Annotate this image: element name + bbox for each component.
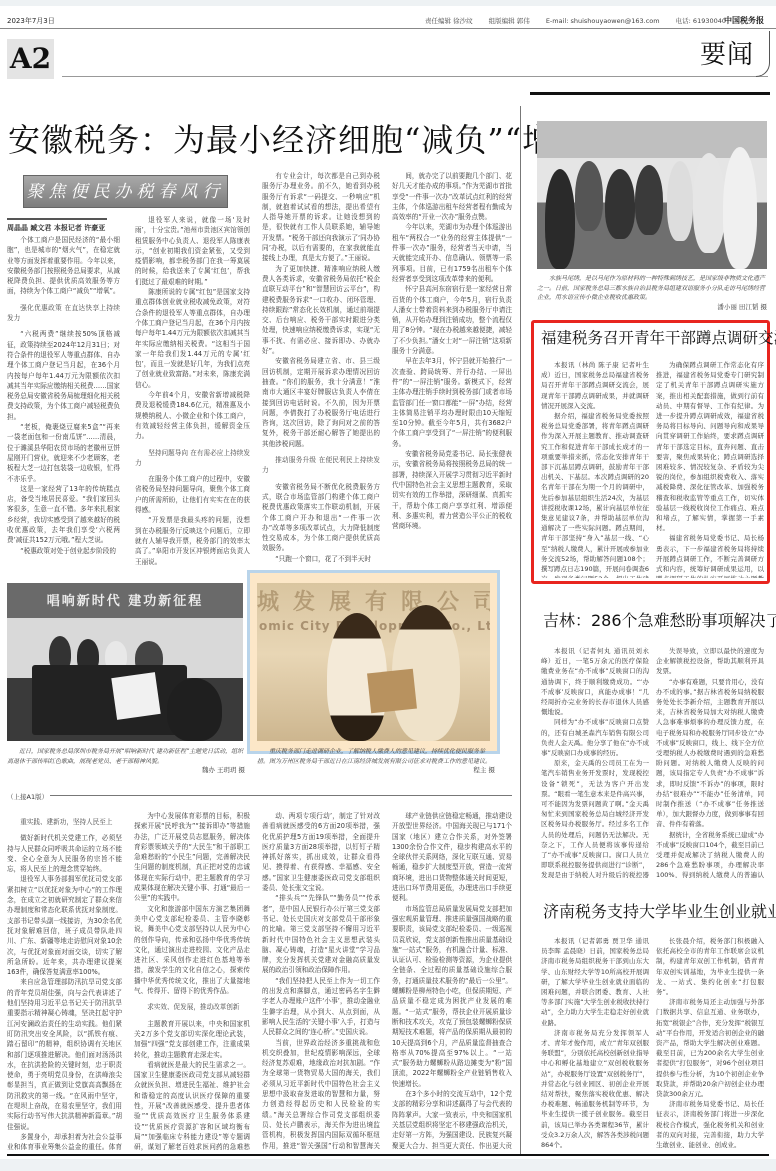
- paragraph: 长张晨介绍，税务部门积极融入依托高校全市的青年工作联席会议机制，构建青年双创工作…: [656, 936, 764, 997]
- officer-figure: [723, 147, 757, 269]
- paragraph: 早在去年3月，怀宁县就开始推行“一次查验、跨局统筹、并行办结、一屏出件”的“一屏…: [392, 356, 512, 449]
- tax-officers-photo[interactable]: 城发展有限公司 omic City Development Co., Ltd: [257, 583, 490, 741]
- subheading: 重实践、建新功，坚持人民至上: [7, 817, 122, 827]
- officer-figure: [693, 153, 725, 253]
- jilin-headline[interactable]: 吉林：286个急难愁盼事项解决了: [543, 608, 776, 631]
- figure: [575, 161, 603, 231]
- piano: [32, 665, 187, 735]
- paragraph: 球产业链供应链稳定畅通，推动建设开放型世界经济。中国海关现已与171个国家（地区…: [392, 811, 512, 904]
- paragraph: 为确保蹲点调研工作常态化有序推进，福建省税务局党委专门研究制定了机关青年干部蹲点…: [656, 360, 764, 533]
- paragraph: 安徽省税务局党委书记、局长张健表示，安徽省税务局将按照税务总局的统一部署，持续深…: [392, 449, 512, 531]
- continued-column-3: 动、两项专项行动’，制定了针对改善看病就医感受的6方面20项举措，强化优质护理5…: [262, 811, 380, 1151]
- jinan-column-2: 长张晨介绍，税务部门积极融入依托高校全市的青年工作联席会议机制，构建青年双创工作…: [656, 936, 764, 1148]
- paragraph: 济南市税务局党委书记、局长任征表示，济南税务部门将进一步深化税校合作模式，强化税…: [656, 1099, 764, 1148]
- figure: [605, 169, 635, 239]
- paragraph: 本报讯（记者郭勇 贾卫华 通讯员李晖 孟晨晓）日前，国家税务总局济南市税务局组织…: [541, 936, 649, 1028]
- section-curve-ornament: [756, 31, 770, 77]
- paragraph: “办事有难题，只要肯用心，没有办不成的事。”据吉林省税务局纳税服务处处长李新介绍…: [656, 677, 764, 830]
- page-bottom-rule: [7, 1154, 769, 1156]
- continued-column-4: 球产业链供应链稳定畅通，推动建设开放型世界经济。中国海关现已与171个国家（地区…: [392, 811, 512, 1151]
- paragraph: 陈康所说的专属“红包”是国家支持重点群体创业就业税收减免政策，对符合条件的退役军…: [135, 287, 250, 390]
- brochure: [367, 669, 417, 714]
- embroidery-caption-text: 水族马尾绣，是以马尾作为原材料的一种特殊刺绣技艺，是国家级非物质文化遗产之一。日…: [537, 274, 767, 303]
- paragraph: 今年前4个月，安徽省新增减税降费及退税缓费184.6亿元，精准惠及小规模纳税人、…: [135, 390, 250, 441]
- masthead-info: 责任编辑 徐沙纹 组版编辑 郭伟 E-mail: shuishouyaowen@…: [425, 16, 740, 25]
- fujian-column-2: 为确保蹲点调研工作常态化有序推进，福建省税务局党委专门研究制定了机关青年干部蹲点…: [656, 360, 764, 578]
- continued-rule: [50, 795, 512, 796]
- paragraph: 福建省税务局党委书记、局长杨勇表示，下一步福建省税务局将持续开展蹲点调研工作，不…: [656, 533, 764, 578]
- paragraph: 退役军人事务部拥军优抚司党支部紧扣树立“以优抚对象为中心”的工作理念，在成立之初…: [7, 874, 122, 977]
- paragraph: 多置身小，却承担着为社会公益事业和体育事业筹集公益金的重任。体育总局体育彩票管理…: [7, 1132, 122, 1151]
- lead-column-2: 退役军人来说，就像一场‘及时雨’，十分宝贵。”池州市贵池区宾馆领创租赁服务中心负…: [135, 215, 250, 565]
- lead-column-1: 个体工商户是国民经济的“最小细胞”，也是城市的“烟火气”，在稳定就业等方面发挥着…: [7, 235, 120, 565]
- continued-column-1: 重实践、建新功，坚持人民至上做好新时代机关党建工作，必须坚持与人民群众同呼吸共命…: [7, 811, 122, 1151]
- embroidery-caption: 水族马尾绣，是以马尾作为原材料的一种特殊刺绣技艺，是国家级非物质文化遗产之一。日…: [537, 274, 767, 312]
- paragraph: 同样为“办不成事”反映窗口点赞的，还有白城圣森汽车销售有限公司负责人金天禹。他分…: [541, 717, 649, 758]
- subheading: 坚持问题导向 在有需必应上持续发力: [135, 448, 250, 469]
- jinan-headline[interactable]: 济南税务支持大学毕业生创业就业: [543, 899, 776, 922]
- paragraph: 做好新时代机关党建工作，必须坚持与人民群众同呼吸共命运的立场不能变、全心全意为人…: [7, 833, 122, 874]
- paragraph: “排头兵”“先锋队”“勤务员”“传承者”，是中国人民银行办公厅第三党支部书记、处…: [262, 893, 380, 975]
- newspaper-page: 2023年7月3日 责任编辑 徐沙纹 组版编辑 郭伟 E-mail: shuis…: [0, 6, 776, 1159]
- paragraph: 原来，金天禹的公司员工在为一笔汽车销售业务开发票时，发现税控设备“锁死”，无法为…: [541, 758, 649, 878]
- tax-caption-text: 重庆税务部门走进调研企业，了解纳税人缴费人的意见建议，持续优化便民服务举措。图为…: [257, 747, 495, 766]
- paragraph: “我们坚持把人民至上作为一切工作的出发点和落脚点，通过密码名字生僻字老人办理账户…: [262, 976, 380, 1038]
- paragraph: 在服务个体工商户的过程中，安徽省税务局坚持问题导向，聚焦个体工商户的所需所盼，让…: [135, 474, 250, 515]
- section-title: 要闻: [700, 34, 754, 71]
- paragraph: 来自应急管理部防汛抗旱司党支部的青年党员胡佳强，向与会代表讲述了他们坚持用习近平…: [7, 977, 122, 1131]
- tax-photo-caption: 重庆税务部门走进调研企业，了解纳税人缴费人的意见建议，持续优化便民服务举措。图为…: [257, 747, 495, 776]
- sidebar-top-rule: [530, 92, 770, 95]
- paragraph: 据统计，全省税务系统已建成“办不成事”反映窗口104个，截至目前已受理并促成解决…: [656, 830, 764, 878]
- paragraph: 为了更加快捷、精准响应纳税人缴费人各类诉求，安徽省税务局依托“税企直联互动平台”…: [262, 264, 380, 357]
- lead-column-4: 间，就办完了以前要跑几个部门、花好几天才能办成的事项。”作为芜湖市首批享受“一件…: [392, 171, 512, 565]
- paragraph: 退役军人来说，就像一场‘及时雨’，十分宝贵。”池州市贵池区宾馆领创租赁服务中心负…: [135, 215, 250, 287]
- paragraph: 为中心发展体育彩票的目标，积极探索开展“民呼我为”“接诉即办”等措施办法，广泛开…: [134, 811, 250, 904]
- paragraph: 主题教育开展以来，中央和国家机关2万多个党支部切实深化理论武装，加强“四强”党支…: [134, 1019, 250, 1060]
- jilin-column-1: 本报讯（记者何丸 通讯员刘永峰）近日，一笔5万余元的医疗保险缴费业务在“办不成事…: [541, 646, 649, 878]
- email: E-mail: shuishouyaowen@163.com: [546, 17, 660, 25]
- jilin-column-2: 失误导致，立即以最快的速度为企业解锁税控设备，帮助其顺利开具发票。“办事有难题，…: [656, 646, 764, 878]
- tax-credit: 程主 摄: [257, 766, 495, 776]
- paragraph: “老板，俺裹烧豆腐来5盒”“再来一袋老面包和一份南瓜饼”……清晨，位于濉溪县华阳…: [7, 422, 120, 484]
- choir-credit: 魏办 王玥玥 摄: [7, 766, 245, 776]
- paragraph: 据介绍，福建省税务局党委按照税务总局党委部署，将青年蹲点调研作为深入开展主题教育…: [541, 411, 649, 578]
- paragraph: 失误导致，立即以最快的速度为企业解锁税控设备，帮助其顺利开具发票。: [656, 646, 764, 677]
- pianist-figure: [167, 678, 222, 741]
- lead-headline[interactable]: 安徽税务：为最小经济细胞“减负”“增氧”: [8, 115, 605, 161]
- choir-photo[interactable]: 唱响新时代 建功新征程: [7, 583, 243, 741]
- choir-caption-text: 近日，国家税务总局深圳市税务局开展“唱响新时代 建功新征程”主题党日活动，组织离…: [7, 747, 245, 766]
- paragraph: 安徽省税务局建立省、市、县三级回访机制，定期开展诉求办理情况回访抽查。“你们的服…: [262, 356, 380, 449]
- paragraph: 这是一家经营了13年的传统糕点店，备受当地居民喜爱。“我们家回头客很多，生意一直…: [7, 484, 120, 546]
- choir-slogan: 唱响新时代 建功新征程: [7, 590, 243, 609]
- figure: [545, 169, 575, 269]
- fujian-headline[interactable]: 福建税务召开青年干部蹲点调研交流会: [541, 326, 776, 348]
- embroidery-photo[interactable]: [537, 121, 767, 269]
- paragraph: 济南市税务局充分发挥领军人才、青年才俊作用，成立“青年双创服务联盟”，分别依托高…: [541, 1028, 649, 1148]
- issue-date: 2023年7月3日: [7, 16, 55, 26]
- paragraph: 看病就医是最大的民生需求之一。国家卫生健康委医政司党支部从减轻群众就医负担、增进…: [134, 1060, 250, 1151]
- embroidery-credit: 潘小丽 田江韬 摄: [537, 303, 767, 313]
- lead-column-3: 有专业会计，每次都是自己到办税服务厅办理业务。前不久，她看到办税服务厅有诉求“一…: [262, 171, 380, 565]
- phone: 电话: 61930040: [676, 17, 726, 25]
- fujian-column-1: 本报讯（林尚 陈子康 记者叶生成）近日，国家税务总局福建省税务局召开青年干部蹲点…: [541, 360, 649, 578]
- paragraph: 本报讯（记者何丸 通讯员刘永峰）近日，一笔5万余元的医疗保险缴费业务在“办不成事…: [541, 646, 649, 717]
- column-divider: [520, 106, 521, 1156]
- paragraph: 有专业会计，每次都是自己到办税服务厅办理业务。前不久，她看到办税服务厅有诉求“一…: [262, 171, 380, 264]
- continued-column-2: 为中心发展体育彩票的目标，积极探索开展“民呼我为”“接诉即办”等措施办法，广泛开…: [134, 811, 250, 1151]
- header-rule: [62, 76, 768, 77]
- paragraph: 济南市税务局还主动加强与外部门数据共享、信息互通、业务联办，拓宽“税银企”合作，…: [656, 997, 764, 1099]
- subheading: 强化优惠政策 在直达快享上持续发力: [7, 303, 120, 324]
- officer-figure: [667, 161, 693, 241]
- subheading: 推动服务升级 在便民利民上持续发力: [262, 455, 380, 476]
- paragraph: 本报讯（林尚 陈子康 记者叶生成）近日，国家税务总局福建省税务局召开青年干部蹲点…: [541, 360, 649, 411]
- paragraph: “税惠政策对处于创业起步阶段的: [7, 546, 120, 556]
- masthead-rule: [0, 28, 776, 29]
- company-sign: 城发展有限公司: [257, 585, 490, 616]
- campaign-banner: 聚焦便民办税春风行动: [23, 175, 228, 208]
- paragraph: 市场监管总局质量发展局党支部把加强宏观质量管理、推进质量强国战略的重要职责，该局…: [392, 904, 512, 1089]
- subheading: 求实效、促发展，推动改革创新: [134, 1002, 250, 1012]
- editor: 责任编辑 徐沙纹: [425, 17, 473, 25]
- paper-name: 中国税务报: [724, 15, 764, 26]
- paragraph: 间，就办完了以前要跑几个部门、花好几天才能办成的事项。”作为芜湖市首批享受“一件…: [392, 171, 512, 222]
- jinan-column-1: 本报讯（记者郭勇 贾卫华 通讯员李晖 孟晨晓）日前，国家税务总局济南市税务局组织…: [541, 936, 649, 1148]
- sheet-music: [111, 672, 160, 720]
- paragraph: “六税两费”继续按50%顶格减征，政策持续至2024年12月31日；对符合条件的…: [7, 329, 120, 422]
- choir-caption: 近日，国家税务总局深圳市税务局开展“唱响新时代 建功新征程”主题党日活动，组织离…: [7, 747, 245, 776]
- paragraph: 个体工商户是国民经济的“最小细胞”，也是城市的“烟火气”，在稳定就业等方面发挥着…: [7, 235, 120, 297]
- paragraph: 当前，世界政治经济多重挑战和危机交织叠加，世纪疫情影响深远，全球经济复苏艰难，地…: [262, 1038, 380, 1151]
- continued-from-label: （上接A1版）: [7, 792, 48, 801]
- paragraph: 动、两项专项行动’，制定了针对改善看病就医感受的6方面20项举措，强化优质护理5…: [262, 811, 380, 893]
- paragraph: 今年以来，芜湖市为办理个体巡游出租车“两权合一”业务的经营主体提供“一件事一次办…: [392, 222, 512, 284]
- paragraph: “开发票是我最头疼的问题，没想到在办税服务厅反映这个问题后，立即就有人辅导我开票…: [135, 515, 250, 565]
- lead-byline: 周晶晶 臧文君 本报记者 许豪亚: [7, 218, 107, 233]
- paragraph: 怀宁县高河东宿宿行是一家经营日常百货的个体工商户，今年5月，宿行负责人潘女士带着…: [392, 284, 512, 356]
- paragraph: 安徽省税务局不断优化税费服务方式，联合市场监管部门构建个体工商户税费优惠政策落实…: [262, 482, 380, 554]
- paragraph: “只跑一个窗口，花了不到半天时: [262, 554, 380, 564]
- paragraph: 在3个多小时的交流互动中，12个党支部的精彩分享和讲述赢得了与会代表的阵阵掌声。…: [392, 1089, 512, 1151]
- layout-editor: 组版编辑 郭伟: [489, 17, 530, 25]
- figure: [635, 165, 663, 235]
- page-number: A2: [7, 39, 54, 79]
- paragraph: 文化和旅游部中国东方演艺集团舞美中心党支部纪检委员、主管李晓彰说，舞美中心党支部…: [134, 904, 250, 997]
